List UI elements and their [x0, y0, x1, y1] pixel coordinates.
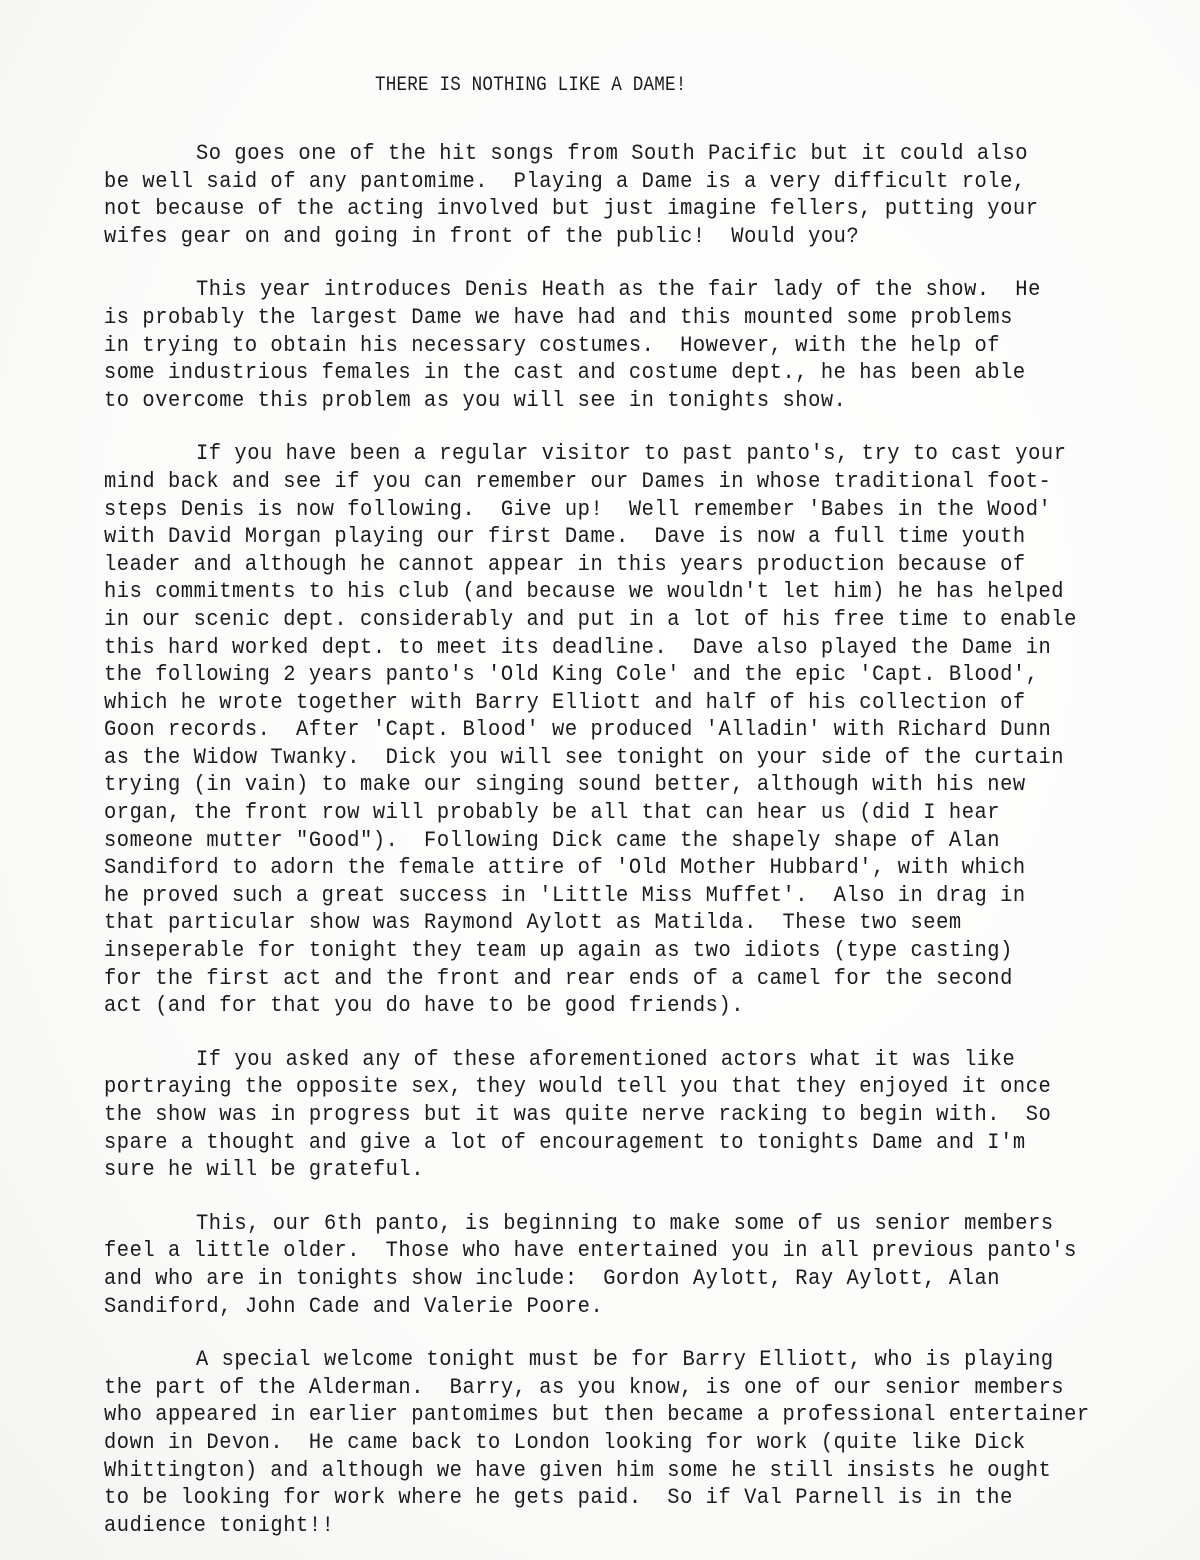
paragraph: If you have been a regular visitor to pa… — [104, 440, 1184, 1019]
text-line: wifes gear on and going in front of the … — [104, 223, 1098, 251]
text-line: So goes one of the hit songs from South … — [104, 140, 1098, 168]
text-line: to overcome this problem as you will see… — [104, 387, 1098, 415]
paragraph: This, our 6th panto, is beginning to mak… — [104, 1210, 1184, 1320]
text-line: not because of the acting involved but j… — [104, 195, 1098, 223]
text-line: in trying to obtain his necessary costum… — [104, 332, 1098, 360]
text-line: be well said of any pantomime. Playing a… — [104, 168, 1098, 196]
text-line: this hard worked dept. to meet its deadl… — [104, 634, 1098, 662]
text-line: in our scenic dept. considerably and put… — [104, 606, 1098, 634]
text-line: with David Morgan playing our first Dame… — [104, 523, 1098, 551]
text-line: Goon records. After 'Capt. Blood' we pro… — [104, 716, 1098, 744]
text-line: If you asked any of these aforementioned… — [104, 1046, 1098, 1074]
text-line: This, our 6th panto, is beginning to mak… — [104, 1210, 1098, 1238]
text-line: trying (in vain) to make our singing sou… — [104, 771, 1098, 799]
text-line: Sandiford, John Cade and Valerie Poore. — [104, 1293, 1098, 1321]
text-line: he proved such a great success in 'Littl… — [104, 882, 1098, 910]
paragraph: If you asked any of these aforementioned… — [104, 1046, 1184, 1184]
paragraph-container: So goes one of the hit songs from South … — [104, 140, 1184, 1539]
text-line: the show was in progress but it was quit… — [104, 1101, 1098, 1129]
text-line: is probably the largest Dame we have had… — [104, 304, 1098, 332]
document-title: THERE IS NOTHING LIKE A DAME! — [104, 72, 1054, 100]
text-line: inseperable for tonight they team up aga… — [104, 937, 1098, 965]
text-line: Whittington) and although we have given … — [104, 1457, 1098, 1485]
text-line: mind back and see if you can remember ou… — [104, 468, 1098, 496]
text-line: the part of the Alderman. Barry, as you … — [104, 1374, 1098, 1402]
text-line: down in Devon. He came back to London lo… — [104, 1429, 1098, 1457]
text-line: steps Denis is now following. Give up! W… — [104, 496, 1098, 524]
text-line: Sandiford to adorn the female attire of … — [104, 854, 1098, 882]
text-line: organ, the front row will probably be al… — [104, 799, 1098, 827]
text-line: someone mutter "Good"). Following Dick c… — [104, 827, 1098, 855]
text-line: sure he will be grateful. — [104, 1156, 1098, 1184]
text-line: which he wrote together with Barry Ellio… — [104, 689, 1098, 717]
text-line: his commitments to his club (and because… — [104, 578, 1098, 606]
paragraph: A special welcome tonight must be for Ba… — [104, 1346, 1184, 1539]
text-line: act (and for that you do have to be good… — [104, 992, 1098, 1020]
text-line: as the Widow Twanky. Dick you will see t… — [104, 744, 1098, 772]
text-line: and who are in tonights show include: Go… — [104, 1265, 1098, 1293]
text-line: the following 2 years panto's 'Old King … — [104, 661, 1098, 689]
text-line: for the first act and the front and rear… — [104, 965, 1098, 993]
paragraph: So goes one of the hit songs from South … — [104, 140, 1184, 250]
text-line: This year introduces Denis Heath as the … — [104, 276, 1098, 304]
typed-page: THERE IS NOTHING LIKE A DAME! So goes on… — [0, 0, 1200, 1560]
text-line: If you have been a regular visitor to pa… — [104, 440, 1098, 468]
paragraph: This year introduces Denis Heath as the … — [104, 276, 1184, 414]
text-line: some industrious females in the cast and… — [104, 359, 1098, 387]
document-body: THERE IS NOTHING LIKE A DAME! So goes on… — [104, 72, 1184, 1560]
text-line: portraying the opposite sex, they would … — [104, 1073, 1098, 1101]
text-line: who appeared in earlier pantomimes but t… — [104, 1401, 1098, 1429]
text-line: that particular show was Raymond Aylott … — [104, 909, 1098, 937]
text-line: A special welcome tonight must be for Ba… — [104, 1346, 1098, 1374]
text-line: audience tonight!! — [104, 1512, 1098, 1540]
text-line: feel a little older. Those who have ente… — [104, 1237, 1098, 1265]
text-line: to be looking for work where he gets pai… — [104, 1484, 1098, 1512]
text-line: spare a thought and give a lot of encour… — [104, 1129, 1098, 1157]
text-line: leader and although he cannot appear in … — [104, 551, 1098, 579]
